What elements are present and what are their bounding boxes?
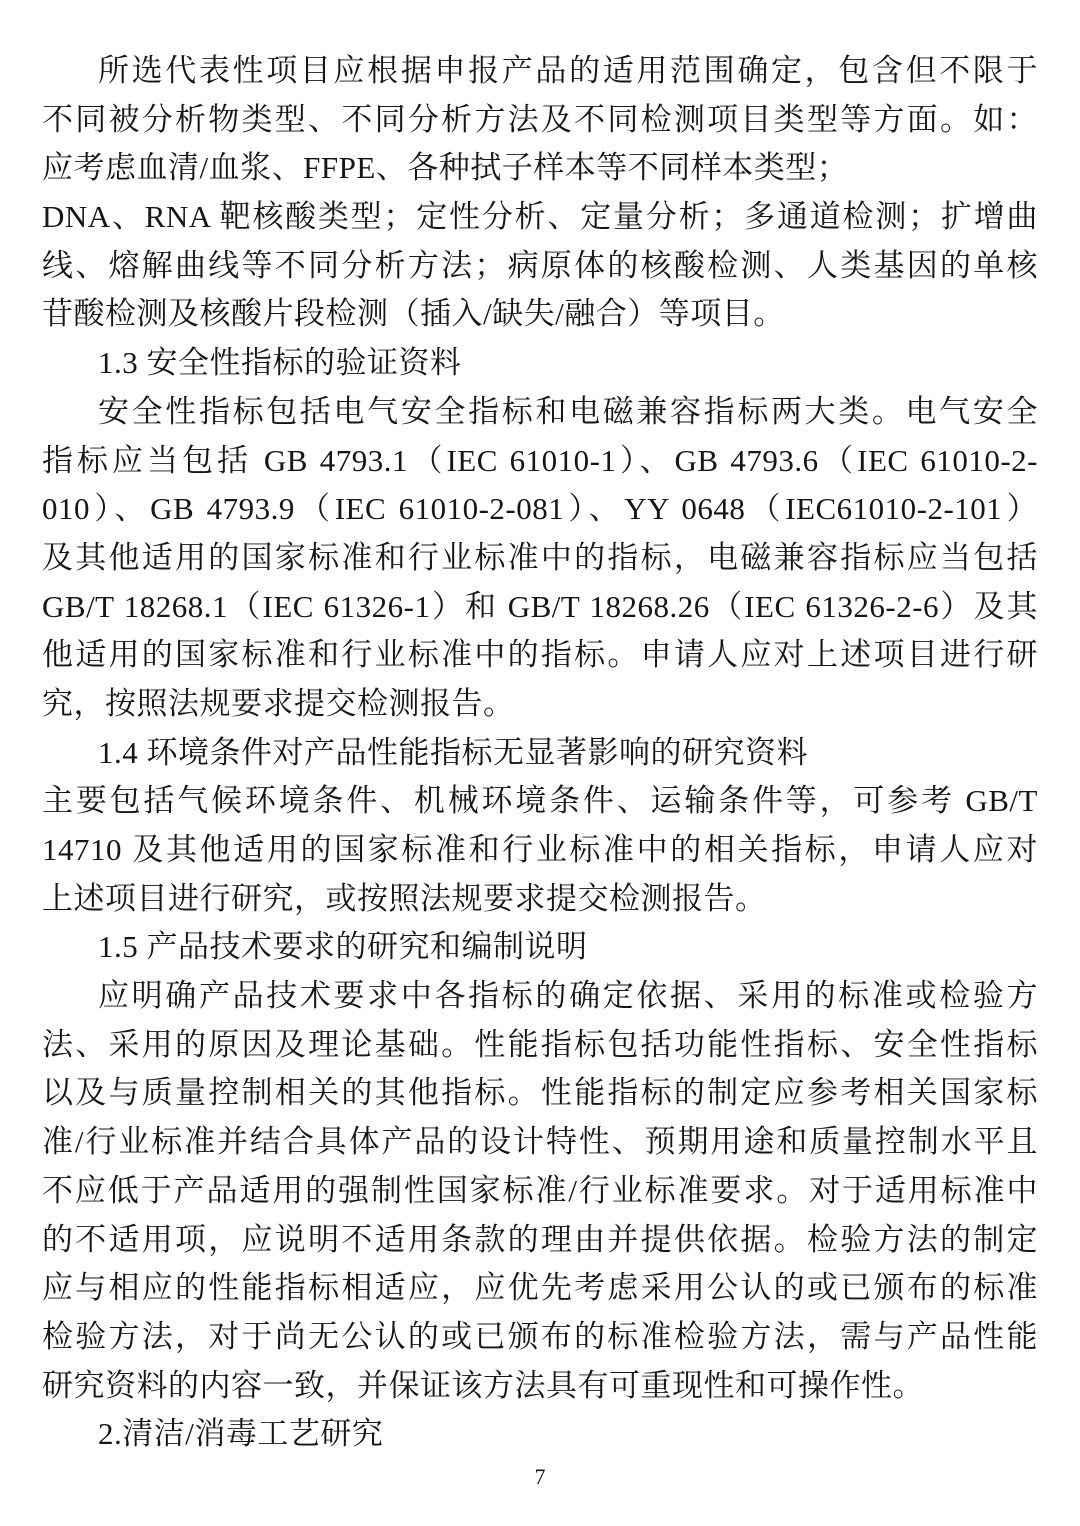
document-page: 所选代表性项目应根据申报产品的适用范围确定，包含但不限于不同被分析物类型、不同分… <box>0 0 1080 1526</box>
text-line: 应考虑血清/血浆、FFPE、各种拭子样本等不同样本类型； <box>42 144 1038 193</box>
text-line: GB/T 18268.1（IEC 61326-1）和 GB/T 18268.26… <box>42 583 1038 632</box>
text-line: 指标应当包括 GB 4793.1（IEC 61010-1）、GB 4793.6（… <box>42 437 1038 486</box>
text-line: 不同被分析物类型、不同分析方法及不同检测项目类型等方面。如： <box>42 96 1038 145</box>
page-number: 7 <box>535 1464 546 1489</box>
text-line: 苷酸检测及核酸片段检测（插入/缺失/融合）等项目。 <box>42 290 1038 339</box>
text-line: 线、熔解曲线等不同分析方法；病原体的核酸检测、人类基因的单核 <box>42 242 1038 291</box>
text-line: 及其他适用的国家标准和行业标准中的指标，电磁兼容指标应当包括 <box>42 534 1038 583</box>
section-heading: 2.清洁/消毒工艺研究 <box>42 1410 1038 1459</box>
section-heading: 1.4 环境条件对产品性能指标无显著影响的研究资料 <box>42 729 1038 778</box>
text-line: 主要包括气候环境条件、机械环境条件、运输条件等，可参考 GB/T <box>42 777 1038 826</box>
text-line: 010）、GB 4793.9（IEC 61010-2-081）、YY 0648（… <box>42 485 1038 534</box>
section-heading: 1.5 产品技术要求的研究和编制说明 <box>42 923 1038 972</box>
text-line: 的不适用项，应说明不适用条款的理由并提供依据。检验方法的制定 <box>42 1216 1038 1265</box>
text-line: 检验方法，对于尚无公认的或已颁布的标准检验方法，需与产品性能 <box>42 1313 1038 1362</box>
text-line: 应明确产品技术要求中各指标的确定依据、采用的标准或检验方 <box>42 972 1038 1021</box>
text-line: 安全性指标包括电气安全指标和电磁兼容指标两大类。电气安全 <box>42 388 1038 437</box>
text-line: 应与相应的性能指标相适应，应优先考虑采用公认的或已颁布的标准 <box>42 1264 1038 1313</box>
text-line: 究，按照法规要求提交检测报告。 <box>42 680 1038 729</box>
text-line: DNA、RNA 靶核酸类型；定性分析、定量分析；多通道检测；扩增曲 <box>42 193 1038 242</box>
text-line: 上述项目进行研究，或按照法规要求提交检测报告。 <box>42 875 1038 924</box>
document-text: 所选代表性项目应根据申报产品的适用范围确定，包含但不限于不同被分析物类型、不同分… <box>42 47 1038 1459</box>
text-line: 以及与质量控制相关的其他指标。性能指标的制定应参考相关国家标 <box>42 1069 1038 1118</box>
text-line: 14710 及其他适用的国家标准和行业标准中的相关指标，申请人应对 <box>42 826 1038 875</box>
text-line: 研究资料的内容一致，并保证该方法具有可重现性和可操作性。 <box>42 1362 1038 1411</box>
section-heading: 1.3 安全性指标的验证资料 <box>42 339 1038 388</box>
text-line: 准/行业标准并结合具体产品的设计特性、预期用途和质量控制水平且 <box>42 1118 1038 1167</box>
text-line: 他适用的国家标准和行业标准中的指标。申请人应对上述项目进行研 <box>42 631 1038 680</box>
text-line: 不应低于产品适用的强制性国家标准/行业标准要求。对于适用标准中 <box>42 1167 1038 1216</box>
text-line: 法、采用的原因及理论基础。性能指标包括功能性指标、安全性指标 <box>42 1021 1038 1070</box>
text-line: 所选代表性项目应根据申报产品的适用范围确定，包含但不限于 <box>42 47 1038 96</box>
page-footer: 7 <box>0 1464 1080 1490</box>
